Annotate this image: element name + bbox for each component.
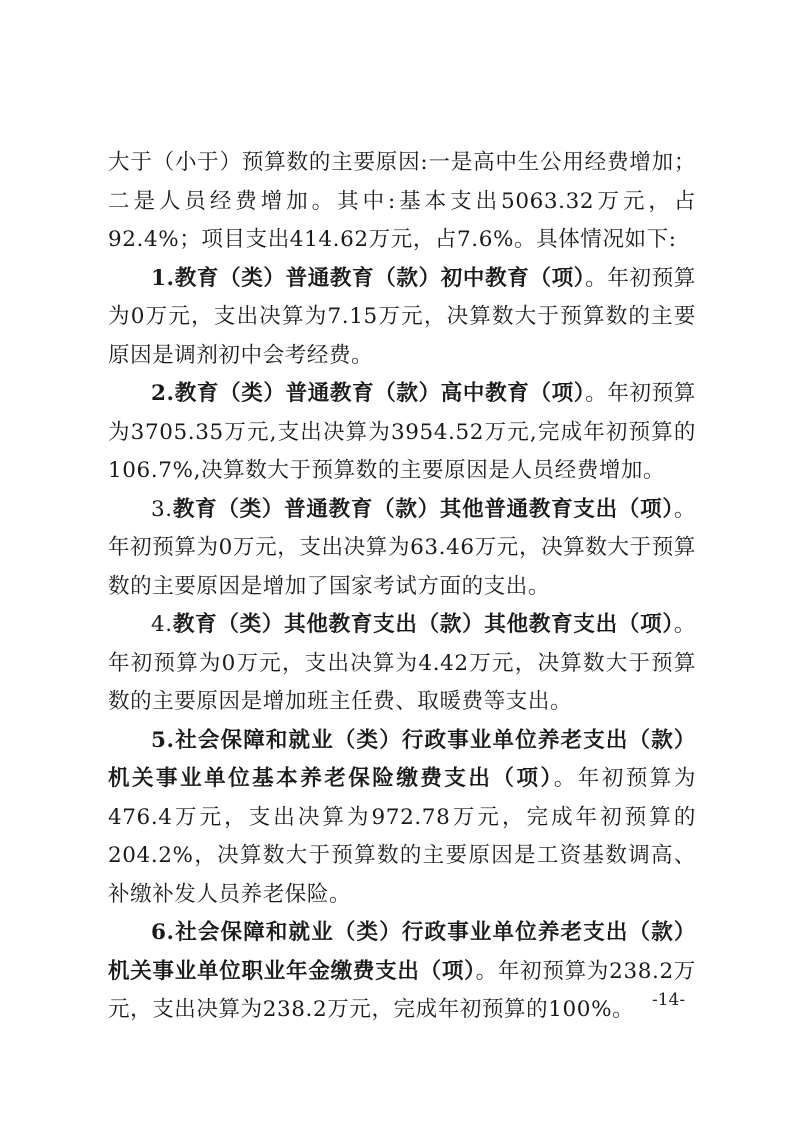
item-number: 4. bbox=[151, 612, 173, 637]
item-heading: 教育（类）其他教育支出（款）其他教育支出（项） bbox=[173, 612, 674, 637]
item-number: 5. bbox=[151, 728, 175, 753]
item-number: 3. bbox=[151, 497, 173, 522]
item-paragraph-5: 5.社会保障和就业（类）行政事业单位养老支出（款）机关事业单位基本养老保险缴费支… bbox=[108, 722, 696, 915]
item-number: 2. bbox=[151, 381, 175, 406]
item-number: 6. bbox=[151, 920, 175, 945]
item-heading: 教育（类）普通教育（款）高中教育（项） bbox=[175, 381, 586, 406]
document-page: 大于（小于）预算数的主要原因:一是高中生公用经费增加；二是人员经费增加。其中:基… bbox=[108, 144, 696, 1030]
item-heading: 教育（类）普通教育（款）其他普通教育支出（项） bbox=[173, 497, 674, 522]
item-heading: 教育（类）普通教育（款）初中教育（项） bbox=[175, 266, 586, 291]
item-paragraph-4: 4.教育（类）其他教育支出（款）其他教育支出（项）。年初预算为0万元，支出决算为… bbox=[108, 606, 696, 722]
intro-paragraph: 大于（小于）预算数的主要原因:一是高中生公用经费增加；二是人员经费增加。其中:基… bbox=[108, 144, 696, 260]
item-number: 1. bbox=[151, 266, 175, 291]
page-number: -14- bbox=[652, 990, 685, 1010]
item-paragraph-2: 2.教育（类）普通教育（款）高中教育（项）。年初预算为3705.35万元,支出决… bbox=[108, 375, 696, 491]
item-paragraph-3: 3.教育（类）普通教育（款）其他普通教育支出（项）。年初预算为0万元，支出决算为… bbox=[108, 491, 696, 607]
item-paragraph-6: 6.社会保障和就业（类）行政事业单位养老支出（款）机关事业单位职业年金缴费支出（… bbox=[108, 914, 696, 1030]
item-paragraph-1: 1.教育（类）普通教育（款）初中教育（项）。年初预算为0万元，支出决算为7.15… bbox=[108, 260, 696, 376]
